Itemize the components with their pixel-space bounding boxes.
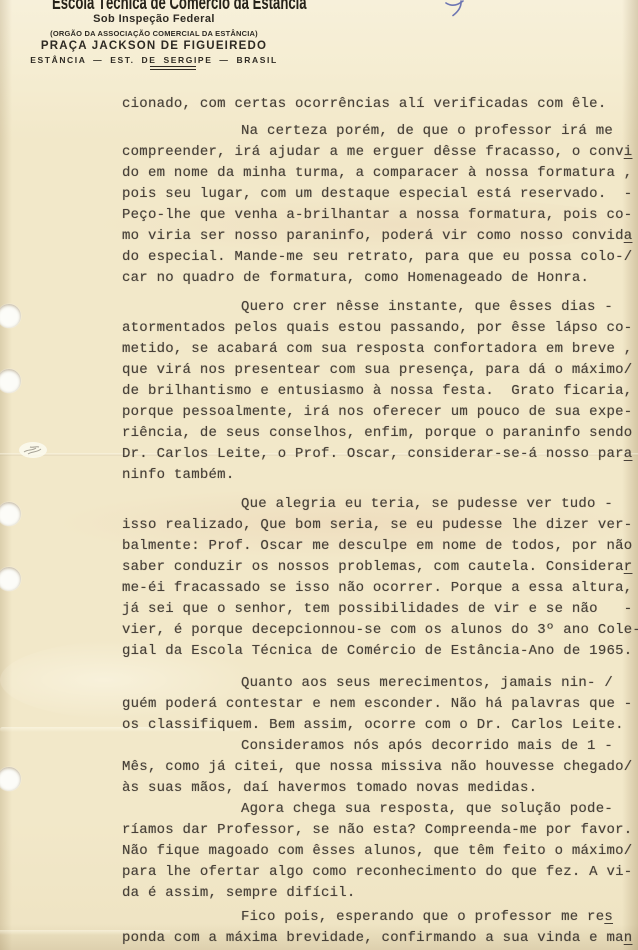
letter-line-text: ninfo também. xyxy=(122,467,234,483)
letter-line-text: do especial. Mande-me seu retrato, para … xyxy=(122,249,632,265)
letter-line: de brilhantismo e entusiasmo à nossa fes… xyxy=(122,381,638,402)
letter-line-text: para lhe ofertar algo como reconheciment… xyxy=(122,864,632,880)
letter-line-text: da é assim, sempre difícil. xyxy=(122,885,356,901)
letter-line: do especial. Mande-me seu retrato, para … xyxy=(122,247,638,268)
letter-line-text: cionado, com certas ocorrências alí veri… xyxy=(122,96,606,112)
letter-line-underlined-tail: s xyxy=(604,909,613,925)
letter-line: Não fique magoado com êsses alunos, que … xyxy=(122,841,638,862)
letter-line-text: pois seu lugar, com um destaque especial… xyxy=(122,186,632,202)
letter-line: balmente: Prof. Oscar me desculpe em nom… xyxy=(122,536,638,557)
letter-line-text: ponda com a máxima brevidade, confirmand… xyxy=(122,930,624,946)
letter-line-text: os classifiquem. Bem assim, ocorre com o… xyxy=(122,717,624,733)
letter-line: da é assim, sempre difícil. xyxy=(122,883,638,904)
letter-line-text: ríamos dar Professor, se não esta? Compr… xyxy=(122,822,632,838)
letter-line-text: Que alegria eu teria, se pudesse ver tud… xyxy=(241,496,613,512)
letter-line: pois seu lugar, com um destaque especial… xyxy=(122,184,638,205)
letterhead-subtitle: Sob Inspeção Federal xyxy=(18,13,290,25)
letter-line-text: Fico pois, esperando que o professor me … xyxy=(241,909,604,925)
letter-line-text: car no quadro de formatura, como Homenag… xyxy=(122,270,589,286)
letter-line: Peço-lhe que venha a-brilhantar a nossa … xyxy=(122,205,638,226)
letter-line: saber conduzir os nossos problemas, com … xyxy=(122,557,638,578)
letter-line: ponda com a máxima brevidade, confirmand… xyxy=(122,928,638,949)
letter-line-text: riência, de seus conselhos, enfim, porqu… xyxy=(122,425,632,441)
letter-line: atormentados pelos quais estou passando,… xyxy=(122,318,638,339)
punch-hole xyxy=(0,502,21,526)
letter-line: metido, se acabará com sua resposta conf… xyxy=(122,339,638,360)
scuff-icon xyxy=(18,441,48,459)
scanned-letter-page: Escola Técnica de Comércio da Estância S… xyxy=(0,0,638,950)
letter-line: isso realizado, Que bom seria, se eu pud… xyxy=(122,515,638,536)
pen-stroke-icon xyxy=(444,0,470,18)
letter-line-text: Peço-lhe que venha a-brilhantar a nossa … xyxy=(122,207,632,223)
punch-hole xyxy=(0,567,21,591)
letter-line-underlined-tail: a xyxy=(624,446,633,462)
letter-line: gial da Escola Técnica de Comércio de Es… xyxy=(122,641,638,662)
punch-hole xyxy=(0,304,21,328)
letter-line: às suas mãos, daí havermos tomado novas … xyxy=(122,778,638,799)
letter-line-text: Mês, como já citei, que nossa missiva nã… xyxy=(122,759,632,775)
letter-line: me-éi fracassado se isso não ocorrer. Po… xyxy=(122,578,638,599)
letter-line-text: às suas mãos, daí havermos tomado novas … xyxy=(122,780,537,796)
letter-line-text: Quanto aos seus merecimentos, jamais nin… xyxy=(241,675,613,691)
letter-line-text: Dr. Carlos Leite, o Prof. Oscar, conside… xyxy=(122,446,624,462)
letter-line-text: já sei que o senhor, tem possibilidades … xyxy=(122,601,632,617)
letter-line: Na certeza porém, de que o professor irá… xyxy=(122,121,638,142)
letter-line: do em nome da minha turma, a comparacer … xyxy=(122,163,638,184)
letter-line-text: porque pessoalmente, irá nos oferecer um… xyxy=(122,404,632,420)
letter-line-underlined-tail: i xyxy=(624,144,633,160)
letter-line-text: Na certeza porém, de que o professor irá… xyxy=(241,123,613,139)
letter-line-text: que virá nos presentear com sua presença… xyxy=(122,362,632,378)
letter-line-text: balmente: Prof. Oscar me desculpe em nom… xyxy=(122,538,632,554)
letterhead-address: PRAÇA JACKSON DE FIGUEIREDO xyxy=(18,40,290,52)
letter-line-text: isso realizado, Que bom seria, se eu pud… xyxy=(122,517,632,533)
letterhead-location: ESTÂNCIA — EST. DE SERGIPE — BRASIL xyxy=(18,55,290,65)
letterhead-double-underline xyxy=(150,66,196,70)
letter-line-underlined-tail: r xyxy=(624,559,633,575)
letter-line: ríamos dar Professor, se não esta? Compr… xyxy=(122,820,638,841)
letter-line: Quanto aos seus merecimentos, jamais nin… xyxy=(122,673,638,694)
letterhead-org-line: (ORGÃO DA ASSOCIAÇÃO COMERCIAL DA ESTÂNC… xyxy=(18,29,290,38)
letter-line-underlined-tail: a xyxy=(624,228,633,244)
letter-line-text: atormentados pelos quais estou passando,… xyxy=(122,320,632,336)
letter-line: mo viria ser nosso paraninfo, poderá vir… xyxy=(122,226,638,247)
letter-line-text: Agora chega sua resposta, que solução po… xyxy=(241,801,613,817)
letter-line: Dr. Carlos Leite, o Prof. Oscar, conside… xyxy=(122,444,638,465)
letter-line-text: de brilhantismo e entusiasmo à nossa fes… xyxy=(122,383,632,399)
letter-line: Quero crer nêsse instante, que êsses dia… xyxy=(122,297,638,318)
punch-hole xyxy=(0,767,21,791)
letter-line-text: do em nome da minha turma, a comparacer … xyxy=(122,165,632,181)
letter-line: car no quadro de formatura, como Homenag… xyxy=(122,268,638,289)
letter-line: Fico pois, esperando que o professor me … xyxy=(122,907,638,928)
letter-line-text: guém poderá contestar e nem esconder. Nã… xyxy=(122,696,632,712)
letter-line-text: Consideramos nós após decorrido mais de … xyxy=(241,738,613,754)
letter-line: Consideramos nós após decorrido mais de … xyxy=(122,736,638,757)
letter-line-text: compreender, irá ajudar a me erguer dêss… xyxy=(122,144,624,160)
paper-scuff-mark xyxy=(18,441,48,459)
paper-edge-shadow-left xyxy=(0,0,12,950)
letter-line: Que alegria eu teria, se pudesse ver tud… xyxy=(122,494,638,515)
letter-line: cionado, com certas ocorrências alí veri… xyxy=(122,94,638,115)
letter-line: para lhe ofertar algo como reconheciment… xyxy=(122,862,638,883)
letter-line-text: Quero crer nêsse instante, que êsses dia… xyxy=(241,299,613,315)
letterhead-school-name: Escola Técnica de Comércio da Estância xyxy=(52,0,256,15)
letter-line: porque pessoalmente, irá nos oferecer um… xyxy=(122,402,638,423)
letter-line-text: mo viria ser nosso paraninfo, poderá vir… xyxy=(122,228,624,244)
letter-line-text: saber conduzir os nossos problemas, com … xyxy=(122,559,624,575)
letter-line-underlined-tail: n xyxy=(624,930,633,946)
letter-line: riência, de seus conselhos, enfim, porqu… xyxy=(122,423,638,444)
letter-line: que virá nos presentear com sua presença… xyxy=(122,360,638,381)
letter-line-text: Não fique magoado com êsses alunos, que … xyxy=(122,843,632,859)
letter-line-text: metido, se acabará com sua resposta conf… xyxy=(122,341,632,357)
letter-line: ninfo também. xyxy=(122,465,638,486)
letter-line: os classifiquem. Bem assim, ocorre com o… xyxy=(122,715,638,736)
letter-line: Mês, como já citei, que nossa missiva nã… xyxy=(122,757,638,778)
letter-line-text: vier, é porque decepcionnou-se com os al… xyxy=(122,622,638,638)
letter-line: compreender, irá ajudar a me erguer dêss… xyxy=(122,142,638,163)
letter-body: cionado, com certas ocorrências alí veri… xyxy=(122,90,638,949)
letter-line: já sei que o senhor, tem possibilidades … xyxy=(122,599,638,620)
letter-line: guém poderá contestar e nem esconder. Nã… xyxy=(122,694,638,715)
letter-line: vier, é porque decepcionnou-se com os al… xyxy=(122,620,638,641)
letter-line-text: gial da Escola Técnica de Comércio de Es… xyxy=(122,643,632,659)
letterhead: Escola Técnica de Comércio da Estância S… xyxy=(18,0,290,70)
letter-line-text: me-éi fracassado se isso não ocorrer. Po… xyxy=(122,580,632,596)
punch-hole xyxy=(0,369,21,393)
letter-line: Agora chega sua resposta, que solução po… xyxy=(122,799,638,820)
handwritten-pen-mark xyxy=(444,0,470,18)
